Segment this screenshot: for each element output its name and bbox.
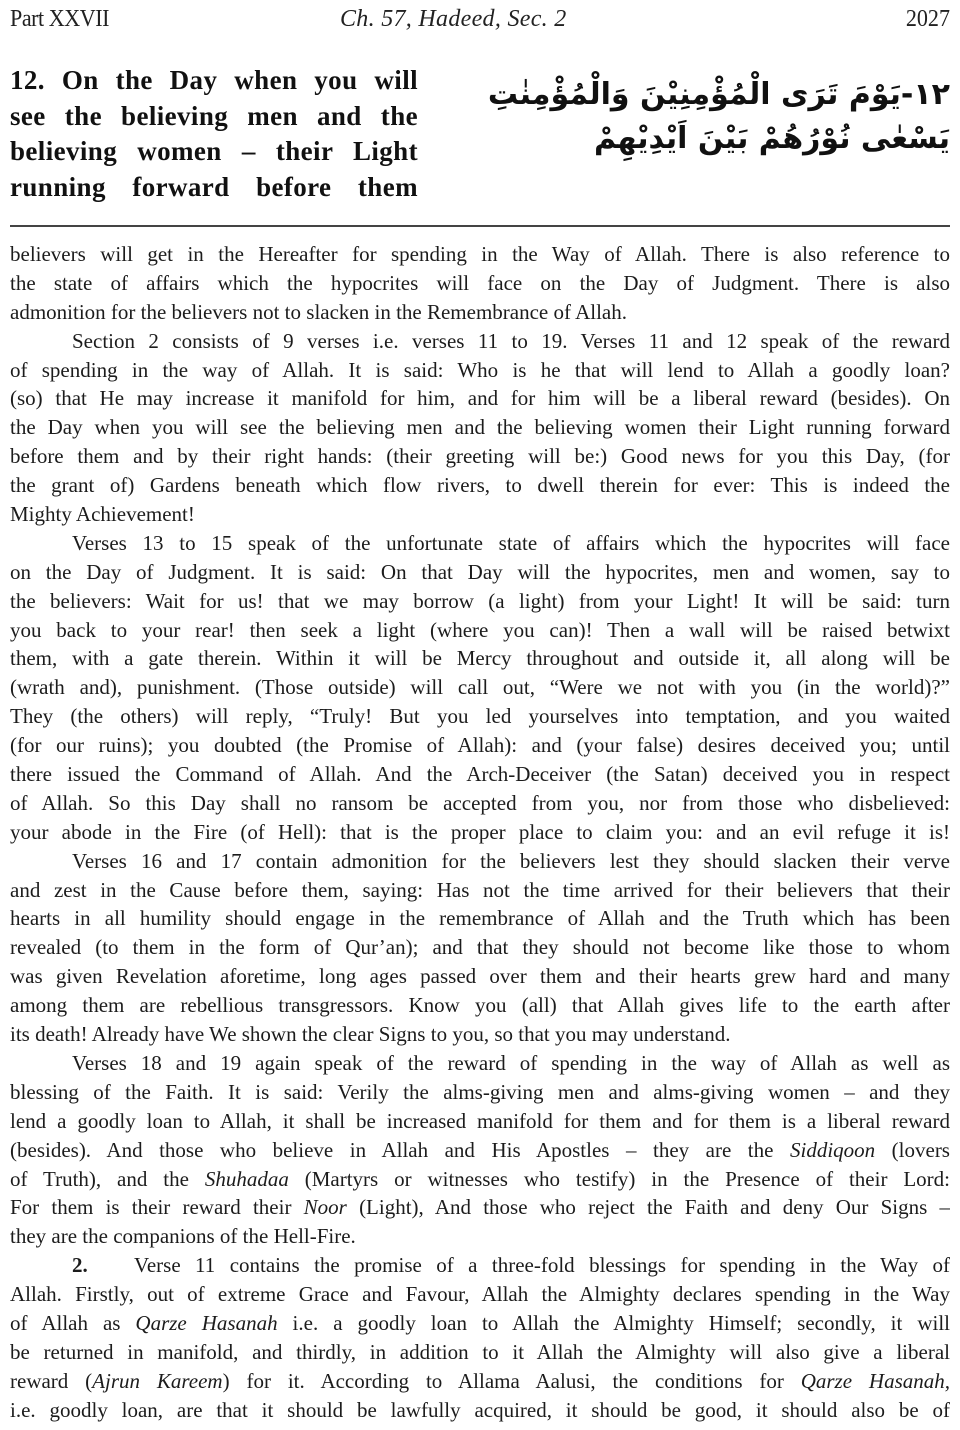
italic-term: Shuhadaa bbox=[205, 1167, 289, 1191]
commentary-line: there issued the Command of Allah. And t… bbox=[10, 760, 950, 789]
commentary-line: 2.Verse 11 contains the promise of a thr… bbox=[10, 1251, 950, 1280]
text-segment: the grant of) Gardens beneath which flow… bbox=[10, 473, 950, 497]
text-segment: Verses 16 and 17 contain admonition for … bbox=[72, 849, 950, 873]
commentary-line: of Allah. So this Day shall no ransom be… bbox=[10, 789, 950, 818]
verse-english-line: see the believing men and the bbox=[10, 99, 418, 135]
text-segment: hearts in all humility should engage in … bbox=[10, 906, 950, 930]
verse-block: 12. On the Day when you will see the bel… bbox=[10, 63, 950, 213]
text-segment: reward ( bbox=[10, 1369, 92, 1393]
text-segment: of spending in the way of Allah. It is s… bbox=[10, 358, 950, 382]
verse-arabic-line: ١٢-يَوْمَ تَرَى الْمُؤْمِنِيْنَ وَالْمُؤ… bbox=[550, 73, 950, 117]
commentary-line: For them is their reward their Noor (Lig… bbox=[10, 1193, 950, 1222]
verse-english-translation: 12. On the Day when you will see the bel… bbox=[10, 63, 418, 205]
text-segment: the Day when you will see the believing … bbox=[10, 415, 950, 439]
part-label: Part XXVII bbox=[10, 2, 109, 36]
commentary-line: you back to your rear! then seek a light… bbox=[10, 616, 950, 645]
text-segment: there issued the Command of Allah. And t… bbox=[10, 762, 950, 786]
commentary-body: believers will get in the Hereafter for … bbox=[10, 240, 950, 1425]
commentary-line: your abode in the Fire (of Hell): that i… bbox=[10, 818, 950, 847]
commentary-line: lend a goodly loan to Allah, it shall be… bbox=[10, 1107, 950, 1136]
text-segment: among them are rebellious transgressors.… bbox=[10, 993, 950, 1017]
commentary-line: among them are rebellious transgressors.… bbox=[10, 991, 950, 1020]
commentary-line: before them and by their right hands: (t… bbox=[10, 442, 950, 471]
commentary-line: Verses 18 and 19 again speak of the rewa… bbox=[10, 1049, 950, 1078]
text-segment: you back to your rear! then seek a light… bbox=[10, 618, 950, 642]
text-segment: ) for it. According to Allama Aalusi, th… bbox=[223, 1369, 801, 1393]
commentary-line: Section 2 consists of 9 verses i.e. vers… bbox=[10, 327, 950, 356]
commentary-line: believers will get in the Hereafter for … bbox=[10, 240, 950, 269]
verse-arabic-text: ١٢-يَوْمَ تَرَى الْمُؤْمِنِيْنَ وَالْمُؤ… bbox=[550, 73, 950, 161]
commentary-line: Mighty Achievement! bbox=[10, 500, 950, 529]
commentary-line: blessing of the Faith. It is said: Veril… bbox=[10, 1078, 950, 1107]
text-segment: (besides). And those who believe in Alla… bbox=[10, 1138, 790, 1162]
commentary-line: (for our ruins); you doubted (the Promis… bbox=[10, 731, 950, 760]
commentary-line: of Truth), and the Shuhadaa (Martyrs or … bbox=[10, 1165, 950, 1194]
text-segment: For them is their reward their bbox=[10, 1195, 304, 1219]
text-segment: (so) that He may increase it manifold fo… bbox=[10, 386, 950, 410]
commentary-line: (wrath and), punishment. (Those outside)… bbox=[10, 673, 950, 702]
italic-term: Siddiqoon bbox=[790, 1138, 875, 1162]
text-segment: Allah. Firstly, out of extreme Grace and… bbox=[10, 1282, 950, 1306]
section-divider bbox=[10, 225, 950, 227]
verse-english-line: 12. On the Day when you will bbox=[10, 63, 418, 99]
text-segment: i.e. a goodly loan to Allah the Almighty… bbox=[278, 1311, 950, 1335]
paragraph-number: 2. bbox=[72, 1251, 134, 1280]
text-segment: was given Revelation aforetime, long age… bbox=[10, 964, 950, 988]
text-segment: your abode in the Fire (of Hell): that i… bbox=[10, 820, 950, 844]
italic-term: Qarze Hasanah bbox=[135, 1311, 277, 1335]
commentary-line: of spending in the way of Allah. It is s… bbox=[10, 356, 950, 385]
verse-english-line: running forward before them bbox=[10, 170, 418, 206]
commentary-line: Verses 13 to 15 speak of the unfortunate… bbox=[10, 529, 950, 558]
commentary-line: its death! Already have We shown the cle… bbox=[10, 1020, 950, 1049]
commentary-line: reward (Ajrun Kareem) for it. According … bbox=[10, 1367, 950, 1396]
text-segment: be returned in manifold, and thirdly, in… bbox=[10, 1340, 950, 1364]
text-segment: (wrath and), punishment. (Those outside)… bbox=[10, 675, 950, 699]
text-segment: of Allah as bbox=[10, 1311, 135, 1335]
commentary-line: and zest in the Cause before them, sayin… bbox=[10, 876, 950, 905]
text-segment: of Truth), and the bbox=[10, 1167, 205, 1191]
text-segment: Mighty Achievement! bbox=[10, 502, 195, 526]
text-segment: Verses 13 to 15 speak of the unfortunate… bbox=[72, 531, 950, 555]
text-segment: the believers: Wait for us! that we may … bbox=[10, 589, 950, 613]
page-number: 2027 bbox=[906, 2, 950, 36]
text-segment: of Allah. So this Day shall no ransom be… bbox=[10, 791, 950, 815]
commentary-line: of Allah as Qarze Hasanah i.e. a goodly … bbox=[10, 1309, 950, 1338]
commentary-line: was given Revelation aforetime, long age… bbox=[10, 962, 950, 991]
commentary-line: they are the companions of the Hell-Fire… bbox=[10, 1222, 950, 1251]
commentary-line: the state of affairs which the hypocrite… bbox=[10, 269, 950, 298]
commentary-line: the grant of) Gardens beneath which flow… bbox=[10, 471, 950, 500]
text-segment: the state of affairs which the hypocrite… bbox=[10, 271, 950, 295]
commentary-line: the Day when you will see the believing … bbox=[10, 413, 950, 442]
text-segment: them, with a gate therein. Within it wil… bbox=[10, 646, 950, 670]
text-segment: i.e. goodly loan, are that it should be … bbox=[10, 1398, 950, 1422]
text-segment: and zest in the Cause before them, sayin… bbox=[10, 878, 950, 902]
commentary-line: be returned in manifold, and thirdly, in… bbox=[10, 1338, 950, 1367]
text-segment: (lovers bbox=[875, 1138, 950, 1162]
running-header: Part XXVII Ch. 57, Hadeed, Sec. 2 2027 bbox=[10, 2, 950, 36]
commentary-line: hearts in all humility should engage in … bbox=[10, 904, 950, 933]
commentary-line: the believers: Wait for us! that we may … bbox=[10, 587, 950, 616]
verse-english-line: believing women – their Light bbox=[10, 134, 418, 170]
text-segment: Verse 11 contains the promise of a three… bbox=[134, 1253, 950, 1277]
text-segment: on the Day of Judgment. It is said: On t… bbox=[10, 560, 950, 584]
italic-term: Ajrun Kareem bbox=[92, 1369, 222, 1393]
text-segment: They (the others) will reply, “Truly! Bu… bbox=[10, 704, 950, 728]
text-segment: believers will get in the Hereafter for … bbox=[10, 242, 950, 266]
text-segment: admonition for the believers not to slac… bbox=[10, 300, 627, 324]
text-segment: they are the companions of the Hell-Fire… bbox=[10, 1224, 356, 1248]
commentary-line: i.e. goodly loan, are that it should be … bbox=[10, 1396, 950, 1425]
commentary-line: on the Day of Judgment. It is said: On t… bbox=[10, 558, 950, 587]
text-segment: (Martyrs or witnesses who testify) in th… bbox=[289, 1167, 950, 1191]
text-segment: its death! Already have We shown the cle… bbox=[10, 1022, 731, 1046]
commentary-line: (so) that He may increase it manifold fo… bbox=[10, 384, 950, 413]
text-segment: (for our ruins); you doubted (the Promis… bbox=[10, 733, 950, 757]
text-segment: revealed (to them in the form of Qur’an)… bbox=[10, 935, 950, 959]
commentary-line: Verses 16 and 17 contain admonition for … bbox=[10, 847, 950, 876]
text-segment: Verses 18 and 19 again speak of the rewa… bbox=[72, 1051, 950, 1075]
text-segment: blessing of the Faith. It is said: Veril… bbox=[10, 1080, 950, 1104]
text-segment: (Light), And those who reject the Faith … bbox=[347, 1195, 950, 1219]
italic-term: Noor bbox=[304, 1195, 347, 1219]
text-segment: before them and by their right hands: (t… bbox=[10, 444, 950, 468]
commentary-line: They (the others) will reply, “Truly! Bu… bbox=[10, 702, 950, 731]
commentary-line: admonition for the believers not to slac… bbox=[10, 298, 950, 327]
italic-term: Qarze Hasanah, bbox=[801, 1369, 950, 1393]
text-segment: lend a goodly loan to Allah, it shall be… bbox=[10, 1109, 950, 1133]
commentary-line: revealed (to them in the form of Qur’an)… bbox=[10, 933, 950, 962]
text-segment: Section 2 consists of 9 verses i.e. vers… bbox=[72, 329, 950, 353]
commentary-line: them, with a gate therein. Within it wil… bbox=[10, 644, 950, 673]
commentary-line: (besides). And those who believe in Alla… bbox=[10, 1136, 950, 1165]
verse-arabic-line: يَسْعٰى نُوْرُهُمْ بَيْنَ اَيْدِيْهِمْ bbox=[550, 117, 950, 161]
commentary-line: Allah. Firstly, out of extreme Grace and… bbox=[10, 1280, 950, 1309]
chapter-label: Ch. 57, Hadeed, Sec. 2 bbox=[340, 2, 567, 36]
